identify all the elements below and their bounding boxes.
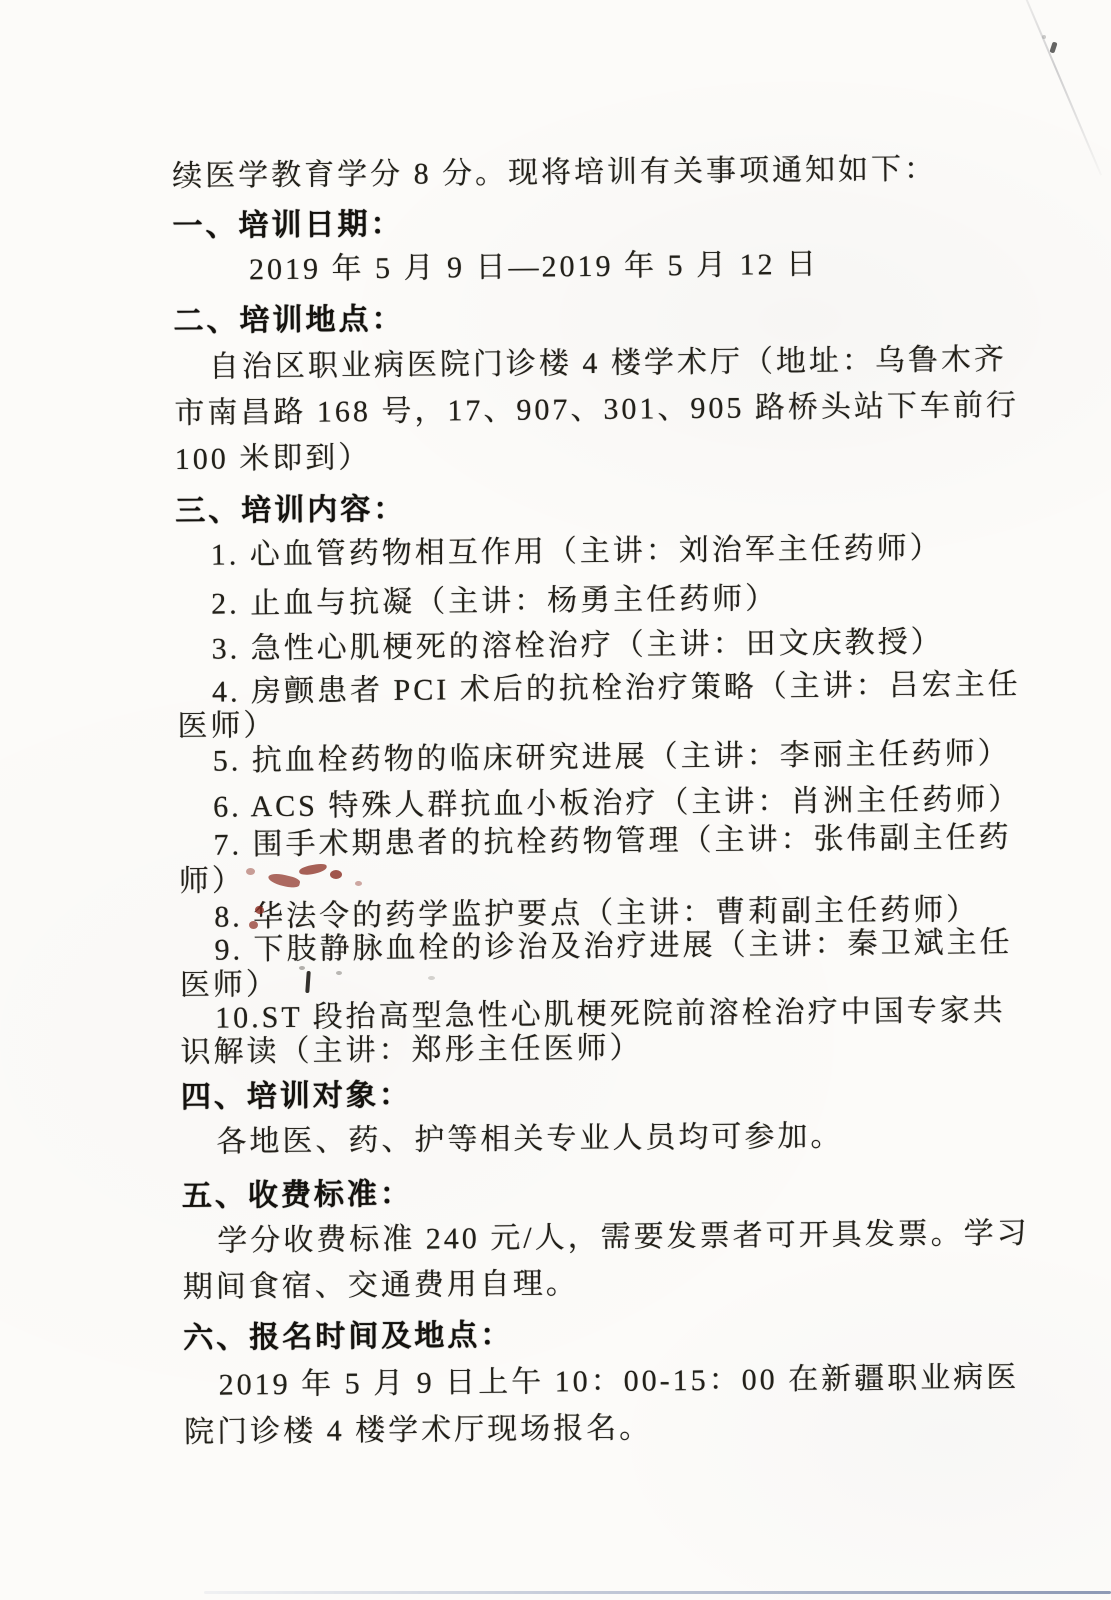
text-line: 续医学教育学分 8 分。现将培训有关事项通知如下： — [172, 144, 937, 195]
red-ink-smudge — [355, 881, 362, 886]
text-line: 2019 年 5 月 9 日上午 10：00-15：00 在新疆职业病医 — [218, 1352, 1019, 1404]
bottom-scan-edge — [204, 1591, 1111, 1594]
text-line: 5. 抗血栓药物的临床研究进展（主讲：李丽主任药师） — [212, 728, 1010, 780]
pen-speck — [336, 971, 342, 975]
pen-speck — [428, 976, 435, 980]
section-heading: 四、培训对象： — [181, 1070, 412, 1116]
section-heading: 三、培训内容： — [175, 484, 406, 530]
text-line: 2. 止血与抗凝（主讲：杨勇主任药师） — [211, 573, 778, 622]
section-heading: 一、培训日期： — [172, 199, 403, 245]
text-line: 各地医、药、护等相关专业人员均可参加。 — [216, 1111, 843, 1161]
text-line: 4. 房颤患者 PCI 术后的抗栓治疗策略（主讲：吕宏主任 — [212, 659, 1021, 711]
red-ink-smudge — [249, 921, 258, 929]
text-line: 院门诊楼 4 楼学术厅现场报名。 — [184, 1402, 652, 1450]
text-line: 9. 下肢静脉血栓的诊治及治疗进展（主讲：秦卫斌主任 — [214, 917, 1012, 969]
text-line: 2019 年 5 月 9 日—2019 年 5 月 12 日 — [249, 239, 819, 288]
text-line: 期间食宿、交通费用自理。 — [183, 1258, 579, 1306]
section-heading: 六、报名时间及地点： — [183, 1310, 513, 1357]
text-line: 100 米即到） — [175, 432, 372, 478]
text-line: 市南昌路 168 号，17、907、301、905 路桥头站下车前行 — [174, 380, 1019, 432]
text-line: 7. 围手术期患者的抗栓药物管理（主讲：张伟副主任药 — [213, 812, 1011, 864]
pen-speck — [299, 966, 305, 970]
section-heading: 五、收费标准： — [182, 1169, 413, 1215]
section-heading: 二、培训地点： — [173, 294, 404, 340]
document-text-block: 续医学教育学分 8 分。现将培训有关事项通知如下： 一、培训日期： 2019 年… — [0, 0, 1111, 1600]
text-line: 学分收费标准 240 元/人，需要发票者可开具发票。学习 — [217, 1208, 1030, 1260]
corner-speck — [1042, 35, 1046, 39]
text-line: 自治区职业病医院门诊楼 4 楼学术厅（地址：乌鲁木齐 — [209, 334, 1007, 386]
text-line: 识解读（主讲：郑彤主任医师） — [180, 1023, 642, 1071]
text-line: 1. 心血管药物相互作用（主讲：刘治军主任药师） — [211, 523, 943, 574]
scanned-document-page: 续医学教育学分 8 分。现将培训有关事项通知如下： 一、培训日期： 2019 年… — [0, 0, 1111, 1600]
red-ink-smudge — [246, 868, 255, 875]
red-ink-smudge — [330, 870, 342, 879]
